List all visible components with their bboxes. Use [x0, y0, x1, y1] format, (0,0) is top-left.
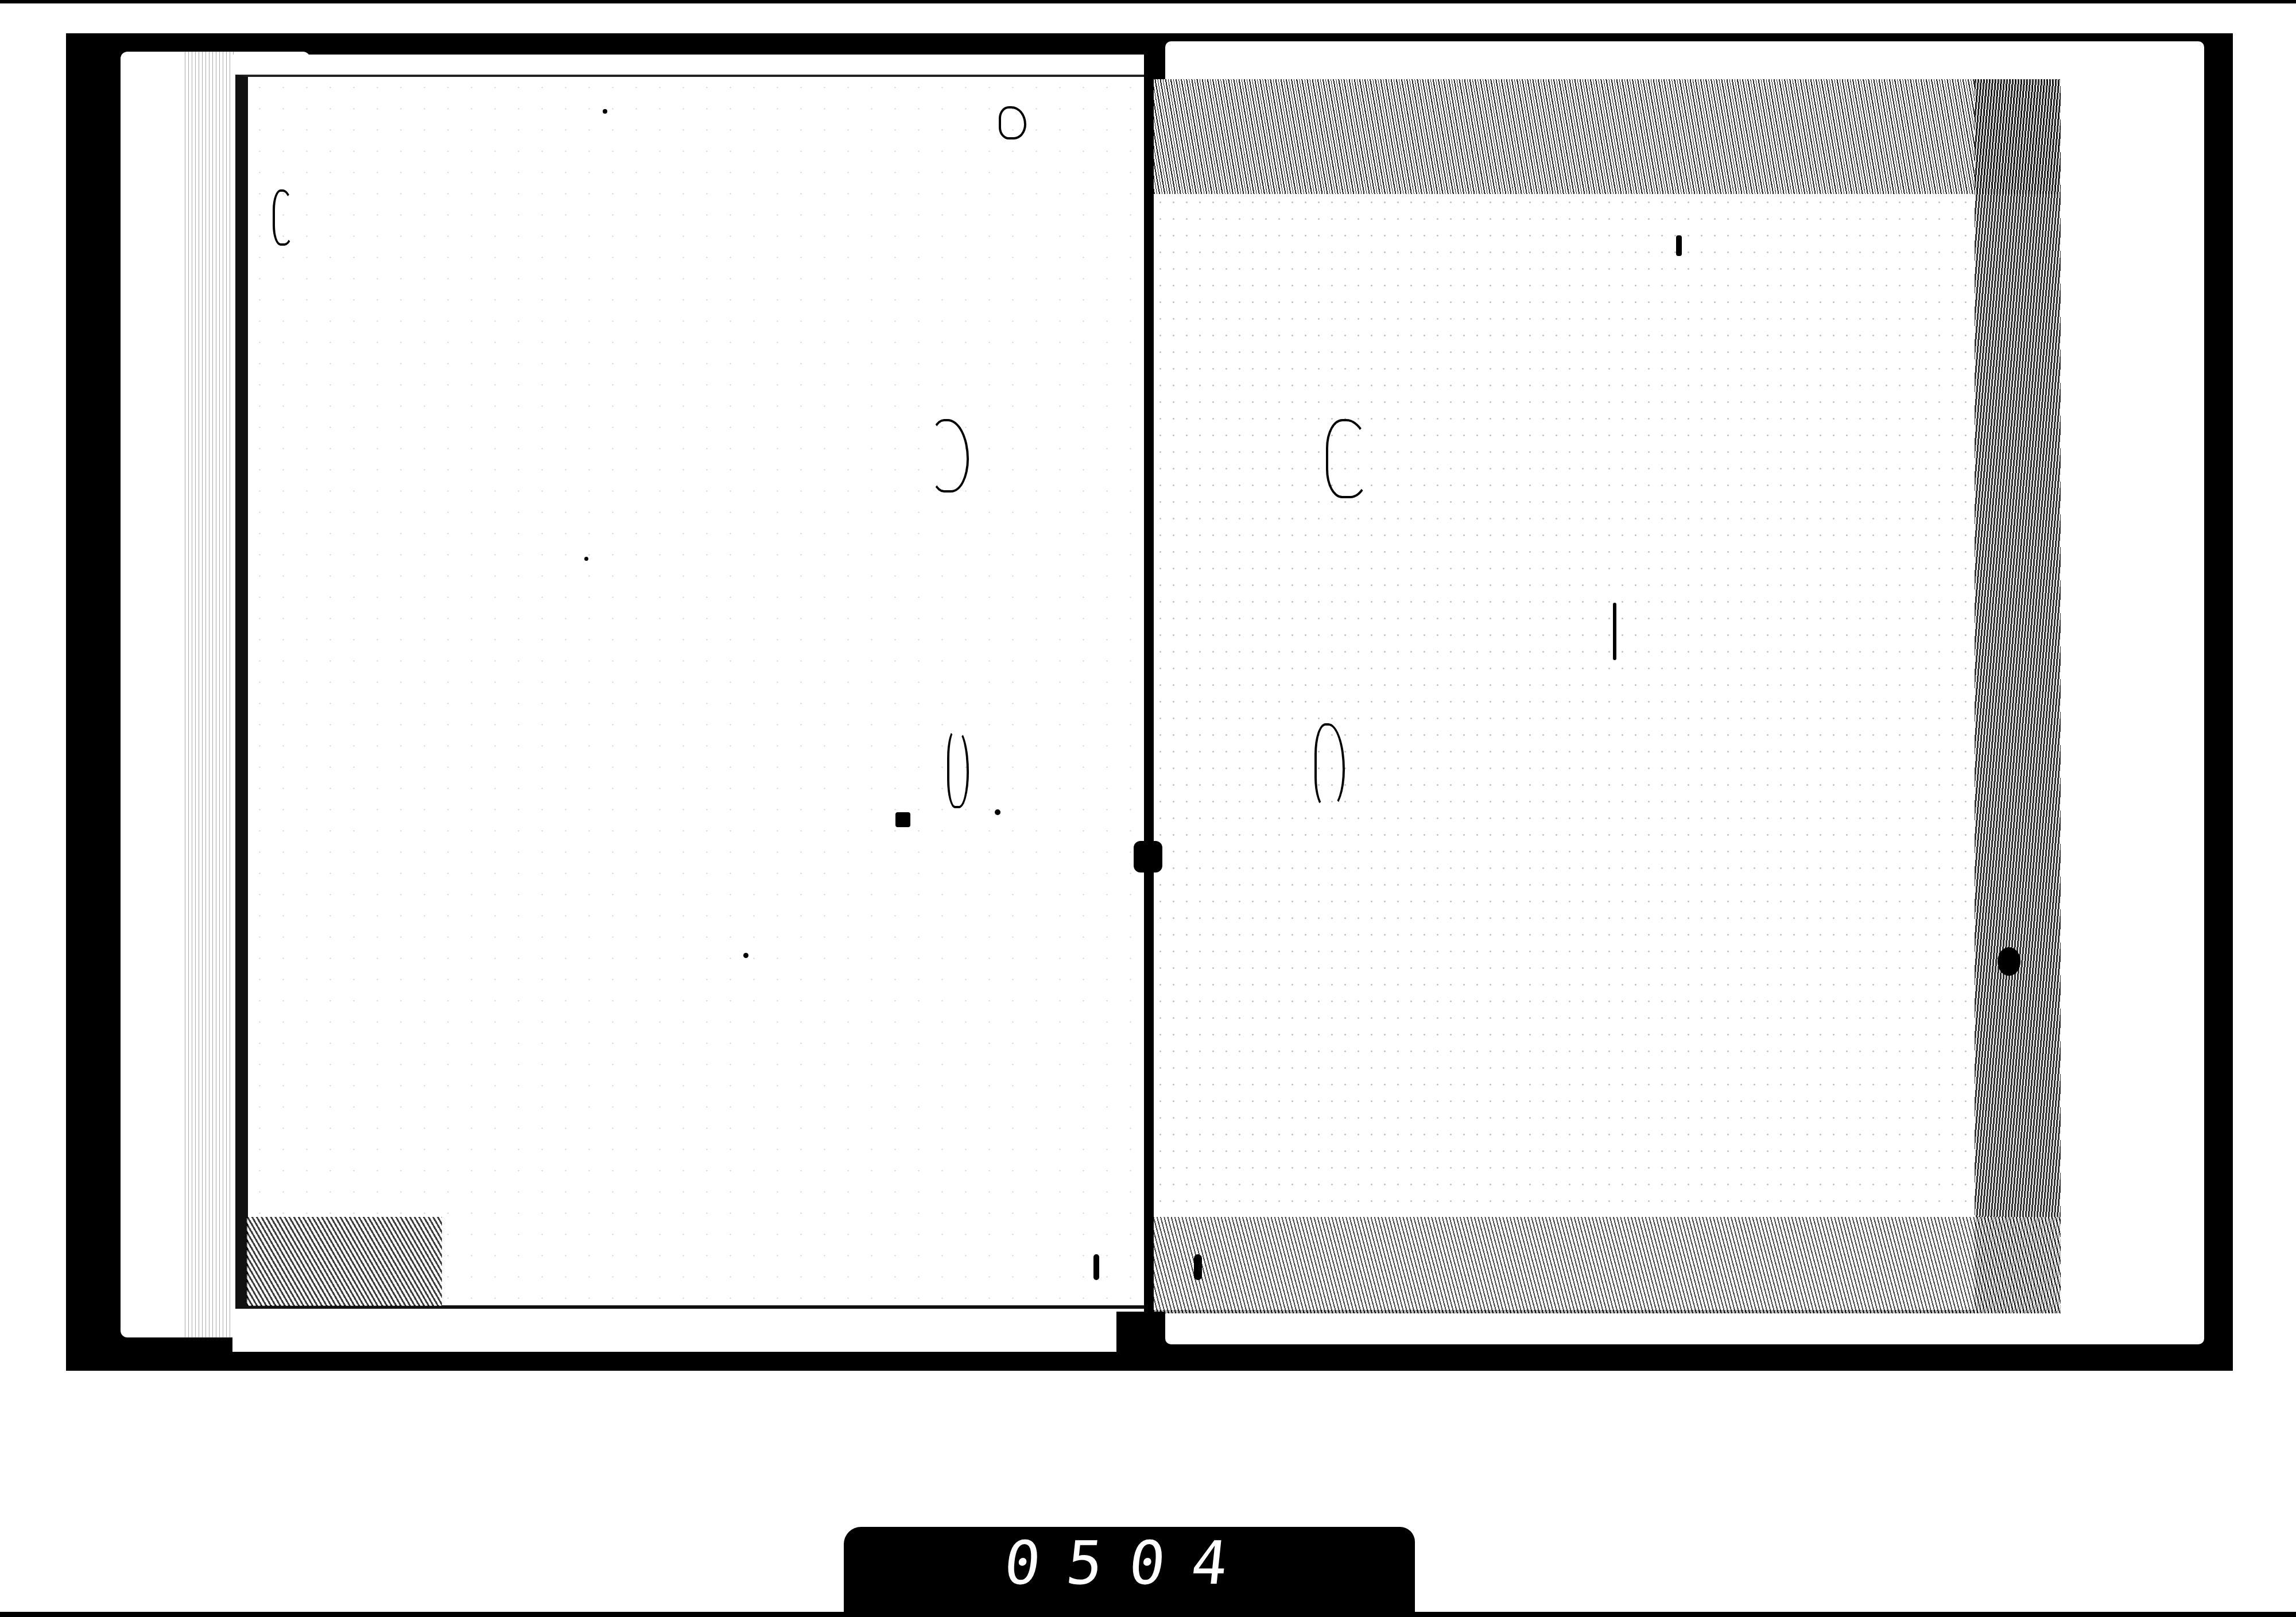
book-gutter [1144, 55, 1151, 1340]
ink-mark [1613, 603, 1616, 660]
left-cover-shadow [184, 52, 235, 1337]
left-page-speckle [248, 77, 1143, 1305]
right-page-bottom-stain [1154, 1217, 2061, 1313]
right-page-speckle [1154, 194, 1975, 1216]
scan-bottom-edge [0, 1612, 2296, 1617]
ink-mark [1194, 1254, 1202, 1280]
ink-blot [895, 812, 910, 827]
frame-number: 0504 [1001, 1531, 1306, 1595]
spine-foot [1116, 1312, 1165, 1366]
ink-dot [995, 809, 1000, 815]
ink-dot [584, 557, 588, 561]
scan-top-edge [0, 0, 2296, 3]
ink-dot [603, 109, 607, 114]
ink-mark [1093, 1254, 1099, 1280]
right-page-top-stain [1154, 79, 2061, 194]
stain-blot [1998, 947, 2020, 976]
binding-clip [1134, 841, 1162, 873]
ink-mark [1676, 235, 1682, 256]
right-page-edge-stain [1975, 79, 2061, 1313]
left-page-corner-stain [247, 1217, 442, 1306]
ink-dot [743, 953, 748, 958]
